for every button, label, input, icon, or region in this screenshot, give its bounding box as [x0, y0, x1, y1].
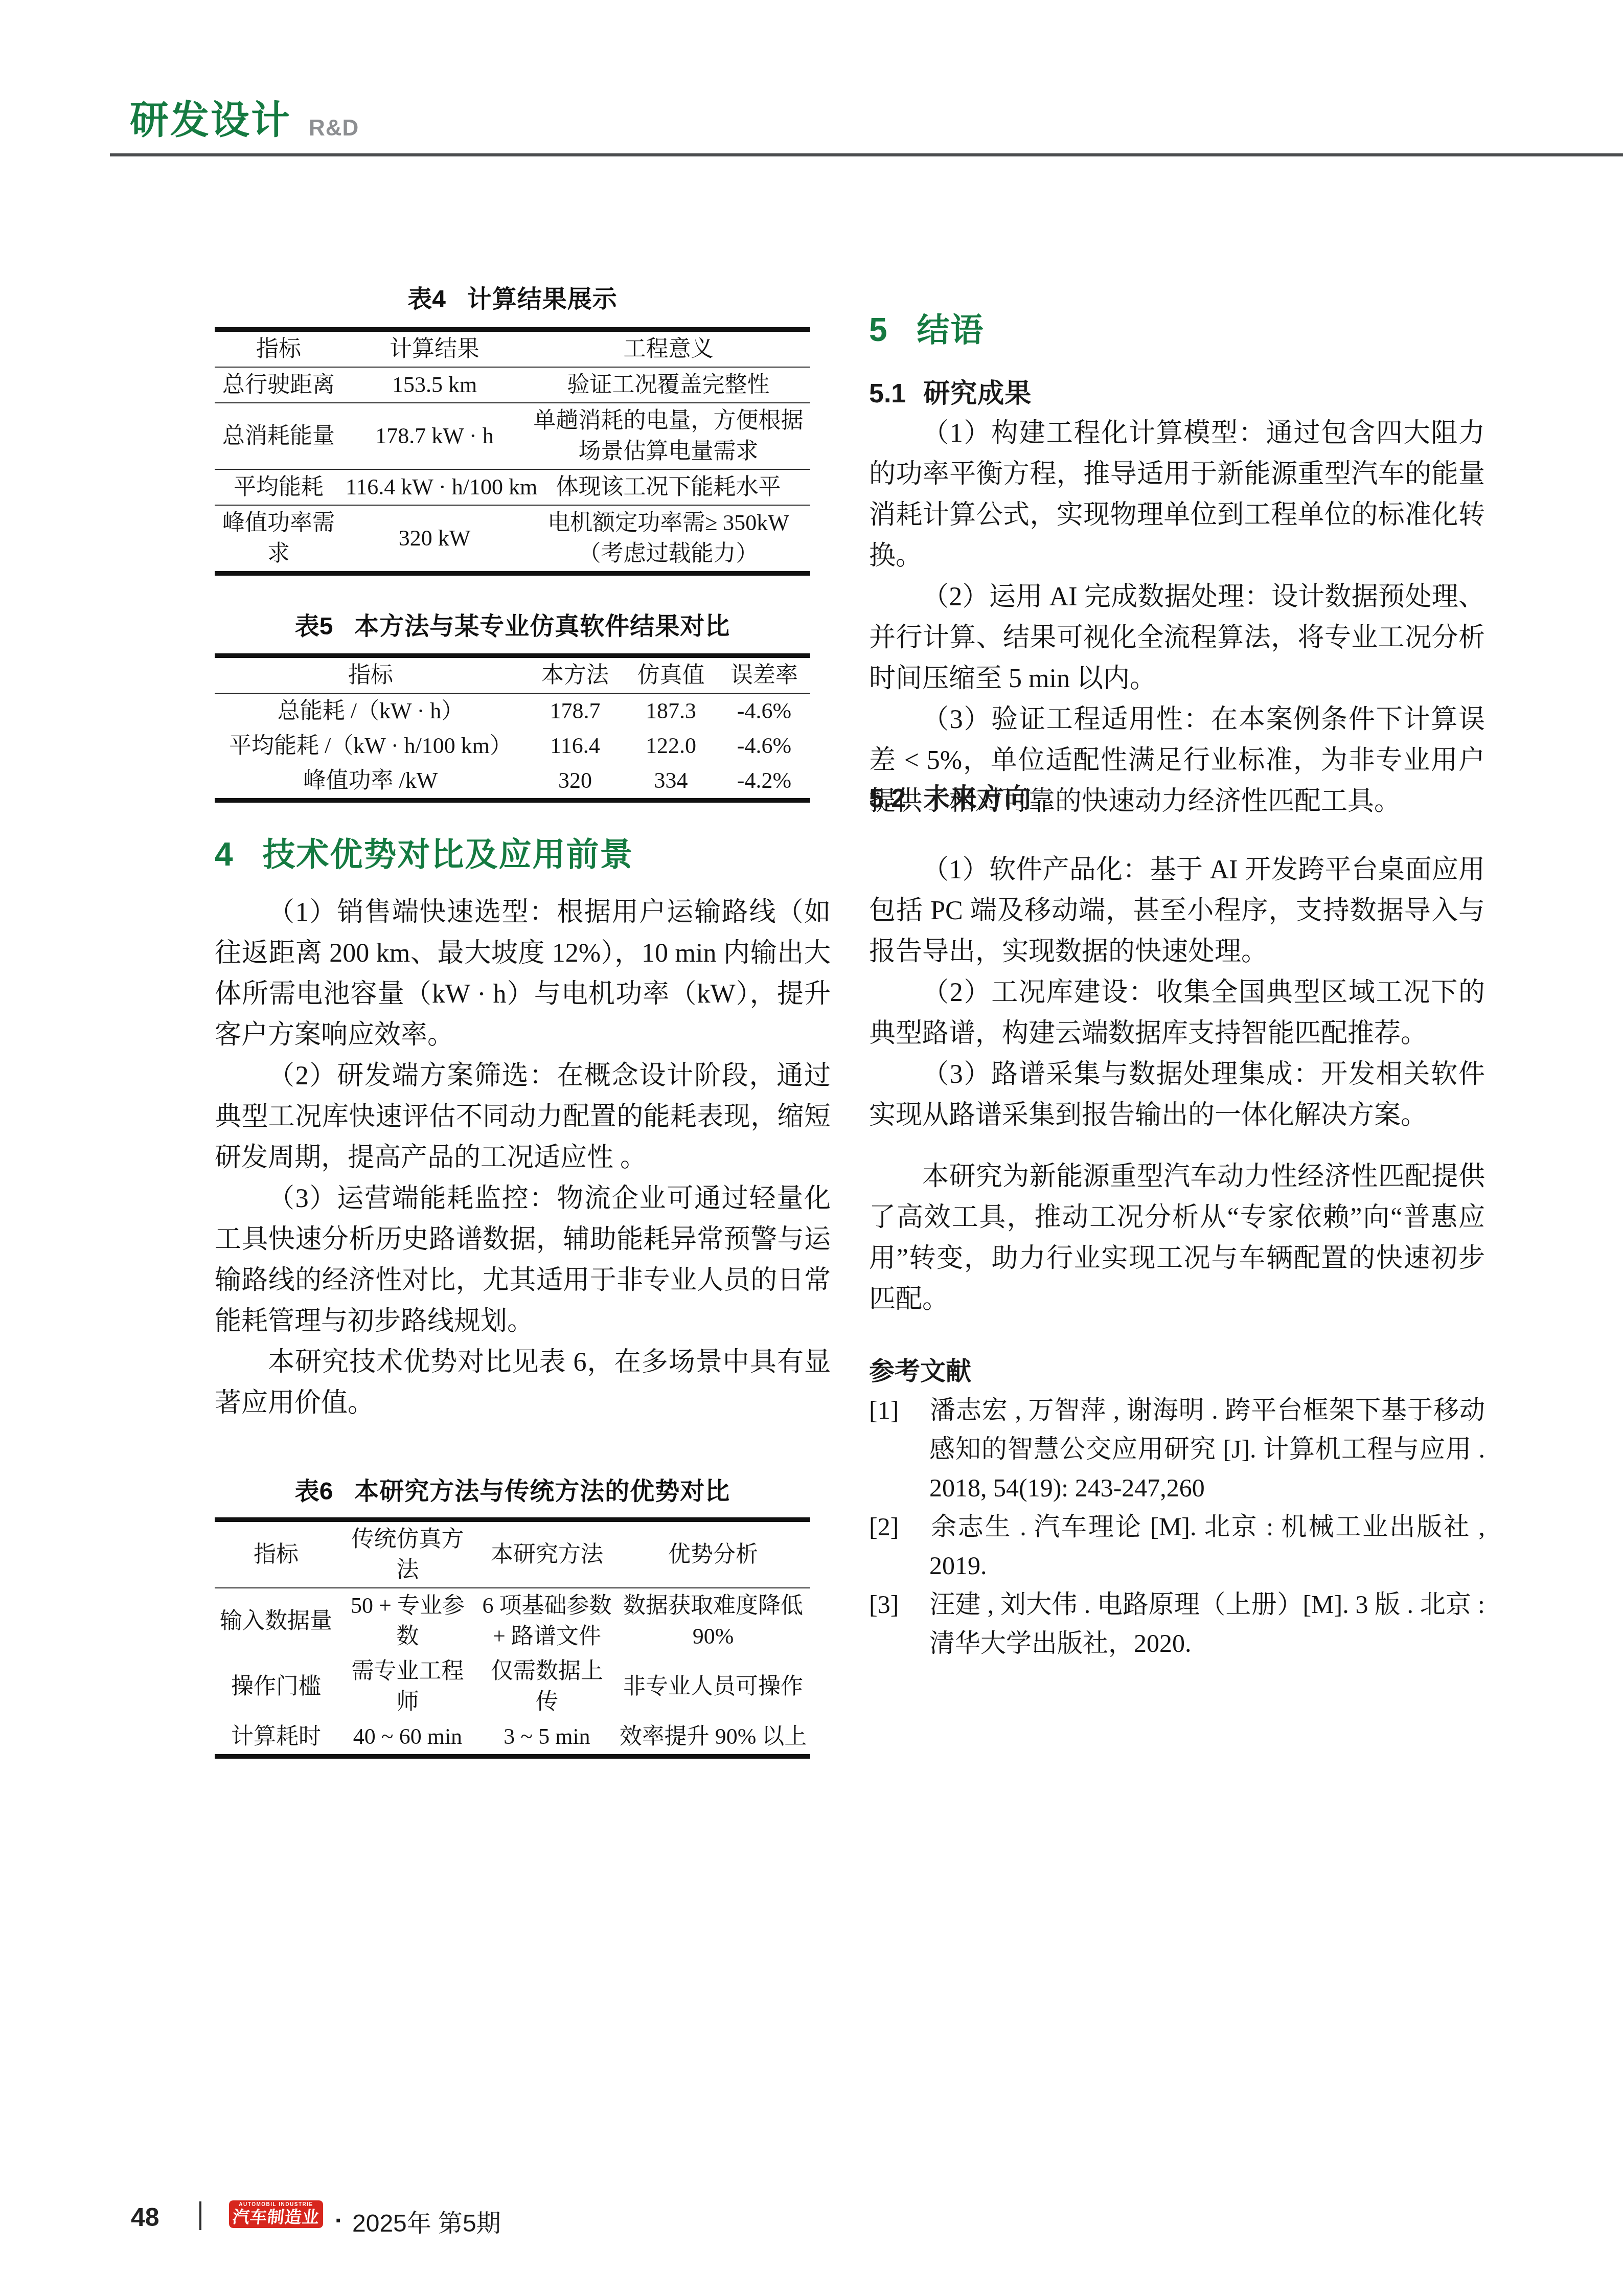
paragraph: （3）路谱采集与数据处理集成：开发相关软件实现从路谱采集到报告输出的一体化解决方… [869, 1054, 1485, 1136]
magazine-logo: AUTOMOBIL INDUSTRIE 汽车制造业 [229, 2200, 323, 2228]
section-4-heading: 4技术优势对比及应用前景 [215, 837, 831, 872]
references-list: [1]潘志宏 , 万智萍 , 谢海明 . 跨平台框架下基于移动感知的智慧公交应用… [869, 1391, 1485, 1663]
table-5-caption: 本方法与某专业仿真软件结果对比 [354, 613, 730, 640]
table-cell: 187.3 [624, 693, 718, 729]
table-4: 指标 计算结果 工程意义 总行驶距离 153.5 km 验证工况覆盖完整性 总消… [215, 327, 810, 576]
reference-text: 汪建 , 刘大伟 . 电路原理（上册）[M]. 3 版 . 北京 : 清华大学出… [929, 1590, 1485, 1657]
paragraph: （2）工况库建设：收集全国典型区域工况下的典型路谱，构建云端数据库支持智能匹配推… [869, 972, 1485, 1054]
table-cell: 峰值功率需求 [215, 505, 342, 574]
table-cell: 116.4 kW · h/100 km [342, 469, 527, 505]
issue-info: · 2025年 第5期 [335, 2203, 501, 2239]
table-row: 指标 计算结果 工程意义 [215, 330, 810, 368]
table-6-label: 表6 [295, 1478, 333, 1505]
table-cell: 320 kW [342, 505, 527, 574]
table-cell: 总能耗 /（kW · h） [215, 693, 527, 729]
table-cell: 体现该工况下能耗水平 [527, 469, 810, 505]
table-row: 平均能耗 /（kW · h/100 km） 116.4 122.0 -4.6% [215, 729, 810, 763]
table-row: 计算耗时 40 ~ 60 min 3 ~ 5 min 效率提升 90% 以上 [215, 1719, 810, 1757]
reference-item: [3]汪建 , 刘大伟 . 电路原理（上册）[M]. 3 版 . 北京 : 清华… [869, 1585, 1485, 1663]
table-6-caption: 本研究方法与传统方法的优势对比 [354, 1478, 730, 1505]
table-cell: -4.2% [718, 763, 810, 801]
table-cell: 50 + 专业参数 [337, 1588, 478, 1654]
issue-text: 2025年 第5期 [352, 2203, 501, 2239]
reference-label: [1] [869, 1391, 929, 1429]
table-cell: 电机额定功率需≥ 350kW（考虑过载能力） [527, 505, 810, 574]
table-4-label: 表4 [407, 286, 446, 313]
table-row: 指标 本方法 仿真值 误差率 [215, 656, 810, 694]
table-cell: 153.5 km [342, 367, 527, 403]
masthead: 研发设计 R&D [130, 101, 359, 140]
section-5-heading: 5结语 [869, 313, 1485, 347]
section-5-2-body: （1）软件产品化：基于 AI 开发跨平台桌面应用包括 PC 端及移动端，甚至小程… [869, 850, 1485, 1136]
table-4-title: 表4计算结果展示 [215, 285, 810, 313]
table-cell: 320 [527, 763, 624, 801]
section-5-1-number: 5.1 [869, 379, 906, 408]
table-cell: 40 ~ 60 min [337, 1719, 478, 1757]
table-cell: 6 项基础参数 + 路谱文件 [478, 1588, 616, 1654]
reference-label: [2] [869, 1507, 929, 1546]
section-5-1-heading: 5.1研究成果 [869, 379, 1485, 408]
section-4-title: 技术优势对比及应用前景 [263, 837, 634, 872]
table-header-cell: 传统仿真方法 [337, 1520, 478, 1588]
paragraph: （1）构建工程化计算模型：通过包含四大阻力的功率平衡方程，推导适用于新能源重型汽… [869, 413, 1485, 577]
reference-text: 余志生 . 汽车理论 [M]. 北京 : 机械工业出版社 , 2019. [929, 1512, 1485, 1580]
reference-item: [1]潘志宏 , 万智萍 , 谢海明 . 跨平台框架下基于移动感知的智慧公交应用… [869, 1391, 1485, 1507]
issue-separator: · [335, 2207, 343, 2235]
table-header-cell: 指标 [215, 1520, 337, 1588]
masthead-subtitle: R&D [309, 117, 359, 140]
section-5-1-body: （1）构建工程化计算模型：通过包含四大阻力的功率平衡方程，推导适用于新能源重型汽… [869, 413, 1485, 822]
table-row: 平均能耗 116.4 kW · h/100 km 体现该工况下能耗水平 [215, 469, 810, 505]
magazine-logo-title: 汽车制造业 [229, 2208, 323, 2226]
table-cell: -4.6% [718, 693, 810, 729]
table-header-cell: 优势分析 [616, 1520, 810, 1588]
table-row: 峰值功率 /kW 320 334 -4.2% [215, 763, 810, 801]
table-5-label: 表5 [295, 613, 333, 640]
section-4-number: 4 [215, 837, 233, 872]
table-row: 操作门槛 需专业工程师 仅需数据上传 非专业人员可操作 [215, 1654, 810, 1719]
table-header-cell: 本方法 [527, 656, 624, 694]
table-header-cell: 指标 [215, 656, 527, 694]
masthead-title: 研发设计 [130, 101, 291, 140]
table-header-cell: 指标 [215, 330, 342, 368]
section-5-1-title: 研究成果 [923, 379, 1032, 408]
table-row: 总行驶距离 153.5 km 验证工况覆盖完整性 [215, 367, 810, 403]
paragraph: （1）销售端快速选型：根据用户运输路线（如往返距离 200 km、最大坡度 12… [215, 892, 831, 1056]
table-row: 总能耗 /（kW · h） 178.7 187.3 -4.6% [215, 693, 810, 729]
paragraph: 本研究技术优势对比见表 6，在多场景中具有显著应用价值。 [215, 1342, 831, 1424]
reference-item: [2]余志生 . 汽车理论 [M]. 北京 : 机械工业出版社 , 2019. [869, 1507, 1485, 1585]
table-cell: 输入数据量 [215, 1588, 337, 1654]
table-cell: 平均能耗 [215, 469, 342, 505]
paragraph: （2）运用 AI 完成数据处理：设计数据预处理、并行计算、结果可视化全流程算法，… [869, 577, 1485, 699]
table-row: 输入数据量 50 + 专业参数 6 项基础参数 + 路谱文件 数据获取难度降低 … [215, 1588, 810, 1654]
table-header-cell: 本研究方法 [478, 1520, 616, 1588]
reference-text: 潘志宏 , 万智萍 , 谢海明 . 跨平台框架下基于移动感知的智慧公交应用研究 … [929, 1396, 1485, 1502]
table-row: 指标 传统仿真方法 本研究方法 优势分析 [215, 1520, 810, 1588]
table-cell: -4.6% [718, 729, 810, 763]
closing-paragraph-block: 本研究为新能源重型汽车动力性经济性匹配提供了高效工具，推动工况分析从“专家依赖”… [869, 1156, 1485, 1320]
section-5-2-title: 未来方向 [923, 784, 1032, 813]
table-header-cell: 误差率 [718, 656, 810, 694]
table-6-title: 表6本研究方法与传统方法的优势对比 [215, 1477, 810, 1506]
table-cell: 效率提升 90% 以上 [616, 1719, 810, 1757]
table-cell: 操作门槛 [215, 1654, 337, 1719]
table-cell: 3 ~ 5 min [478, 1719, 616, 1757]
paragraph: （3）运营端能耗监控：物流企业可通过轻量化工具快速分析历史路谱数据，辅助能耗异常… [215, 1178, 831, 1342]
table-cell: 非专业人员可操作 [616, 1654, 810, 1719]
footer-divider [199, 2201, 201, 2230]
table-cell: 122.0 [624, 729, 718, 763]
page-number: 48 [131, 2202, 159, 2232]
section-4-body: （1）销售端快速选型：根据用户运输路线（如往返距离 200 km、最大坡度 12… [215, 892, 831, 1424]
table-5: 指标 本方法 仿真值 误差率 总能耗 /（kW · h） 178.7 187.3… [215, 653, 810, 803]
references-heading: 参考文献 [869, 1351, 1485, 1388]
table-cell: 单趟消耗的电量，方便根据场景估算电量需求 [527, 403, 810, 469]
table-4-caption: 计算结果展示 [467, 286, 618, 313]
table-header-cell: 工程意义 [527, 330, 810, 368]
section-5-title: 结语 [917, 313, 985, 347]
table-cell: 平均能耗 /（kW · h/100 km） [215, 729, 527, 763]
table-cell: 计算耗时 [215, 1719, 337, 1757]
section-5-2-heading: 5.2未来方向 [869, 784, 1485, 813]
paragraph: （1）软件产品化：基于 AI 开发跨平台桌面应用包括 PC 端及移动端，甚至小程… [869, 850, 1485, 972]
section-5-2-number: 5.2 [869, 784, 906, 813]
paragraph: 本研究为新能源重型汽车动力性经济性匹配提供了高效工具，推动工况分析从“专家依赖”… [869, 1156, 1485, 1320]
reference-label: [3] [869, 1585, 929, 1624]
table-cell: 验证工况覆盖完整性 [527, 367, 810, 403]
table-header-cell: 仿真值 [624, 656, 718, 694]
table-cell: 仅需数据上传 [478, 1654, 616, 1719]
table-cell: 数据获取难度降低 90% [616, 1588, 810, 1654]
table-row: 峰值功率需求 320 kW 电机额定功率需≥ 350kW（考虑过载能力） [215, 505, 810, 574]
table-cell: 峰值功率 /kW [215, 763, 527, 801]
table-cell: 116.4 [527, 729, 624, 763]
table-cell: 334 [624, 763, 718, 801]
table-cell: 总消耗能量 [215, 403, 342, 469]
paragraph: （2）研发端方案筛选：在概念设计阶段，通过典型工况库快速评估不同动力配置的能耗表… [215, 1056, 831, 1178]
table-row: 总消耗能量 178.7 kW · h 单趟消耗的电量，方便根据场景估算电量需求 [215, 403, 810, 469]
table-header-cell: 计算结果 [342, 330, 527, 368]
section-5-number: 5 [869, 313, 887, 347]
table-cell: 总行驶距离 [215, 367, 342, 403]
table-cell: 需专业工程师 [337, 1654, 478, 1719]
table-cell: 178.7 [527, 693, 624, 729]
table-6: 指标 传统仿真方法 本研究方法 优势分析 输入数据量 50 + 专业参数 6 项… [215, 1517, 810, 1759]
table-5-title: 表5本方法与某专业仿真软件结果对比 [215, 612, 810, 641]
header-divider [110, 153, 1623, 156]
table-cell: 178.7 kW · h [342, 403, 527, 469]
